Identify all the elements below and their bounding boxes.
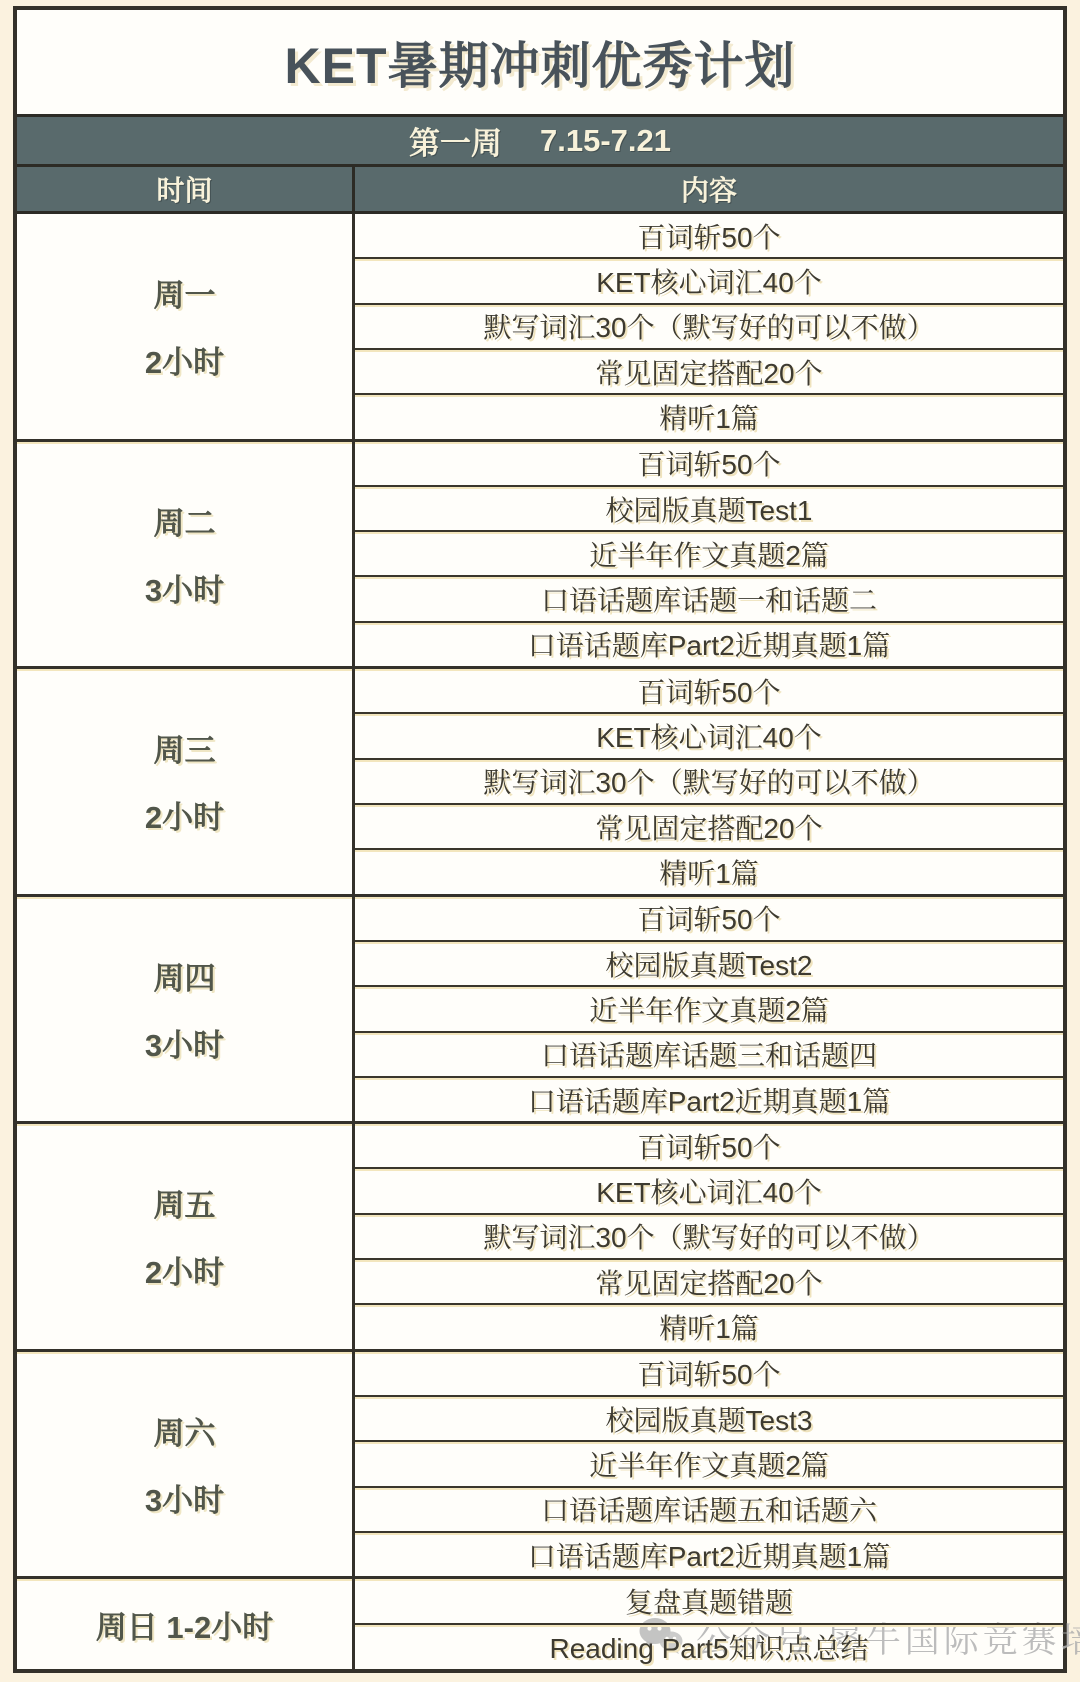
week-banner: 第一周 7.15-7.21 bbox=[17, 114, 1063, 164]
day-block-wednesday: 周三 2小时 百词斩50个 KET核心词汇40个 默写词汇30个（默写好的可以不… bbox=[17, 666, 1063, 894]
content-cell: 百词斩50个 bbox=[355, 442, 1063, 485]
content-cell: 百词斩50个 bbox=[355, 669, 1063, 712]
content-cells: 百词斩50个 KET核心词汇40个 默写词汇30个（默写好的可以不做） 常见固定… bbox=[355, 214, 1063, 439]
table-header-row: 时间 内容 bbox=[17, 164, 1063, 214]
day-block-sunday: 周日 1-2小时 复盘真题错题 Reading Part5知识点总结 bbox=[17, 1576, 1063, 1669]
day-block-friday: 周五 2小时 百词斩50个 KET核心词汇40个 默写词汇30个（默写好的可以不… bbox=[17, 1121, 1063, 1349]
content-cell: 百词斩50个 bbox=[355, 897, 1063, 940]
content-cell: Reading Part5知识点总结 bbox=[355, 1623, 1063, 1669]
content-cell: 常见固定搭配20个 bbox=[355, 803, 1063, 848]
content-cell: 近半年作文真题2篇 bbox=[355, 1440, 1063, 1485]
content-cell: 口语话题库话题三和话题四 bbox=[355, 1031, 1063, 1076]
time-cell: 周三 2小时 bbox=[17, 669, 355, 894]
column-header-content: 内容 bbox=[355, 167, 1063, 211]
hours-label: 2小时 bbox=[145, 792, 224, 837]
content-cell: KET核心词汇40个 bbox=[355, 712, 1063, 757]
day-label: 周日 1-2小时 bbox=[96, 1602, 273, 1647]
plan-table: KET暑期冲刺优秀计划 第一周 7.15-7.21 时间 内容 周一 2小时 百… bbox=[13, 6, 1067, 1673]
content-cell: 复盘真题错题 bbox=[355, 1579, 1063, 1623]
content-cells: 百词斩50个 KET核心词汇40个 默写词汇30个（默写好的可以不做） 常见固定… bbox=[355, 669, 1063, 894]
content-cell: 口语话题库Part2近期真题1篇 bbox=[355, 1076, 1063, 1121]
title-row: KET暑期冲刺优秀计划 bbox=[17, 10, 1063, 114]
day-label: 周六 bbox=[154, 1408, 216, 1453]
content-cell: 近半年作文真题2篇 bbox=[355, 530, 1063, 575]
content-cells: 复盘真题错题 Reading Part5知识点总结 bbox=[355, 1579, 1063, 1669]
content-cell: 常见固定搭配20个 bbox=[355, 348, 1063, 393]
content-cell: 校园版真题Test1 bbox=[355, 485, 1063, 530]
hours-label: 2小时 bbox=[145, 337, 224, 382]
page-title: KET暑期冲刺优秀计划 bbox=[285, 26, 796, 98]
content-cell: 百词斩50个 bbox=[355, 214, 1063, 257]
content-cell: 百词斩50个 bbox=[355, 1124, 1063, 1167]
column-header-time: 时间 bbox=[17, 167, 355, 211]
content-cells: 百词斩50个 KET核心词汇40个 默写词汇30个（默写好的可以不做） 常见固定… bbox=[355, 1124, 1063, 1349]
hours-label: 3小时 bbox=[145, 1475, 224, 1520]
day-label: 周一 bbox=[154, 270, 216, 315]
content-cell: 近半年作文真题2篇 bbox=[355, 985, 1063, 1030]
content-cell: 精听1篇 bbox=[355, 848, 1063, 893]
hours-label: 2小时 bbox=[145, 1247, 224, 1292]
content-cell: 口语话题库话题一和话题二 bbox=[355, 575, 1063, 620]
content-cell: 口语话题库Part2近期真题1篇 bbox=[355, 1531, 1063, 1576]
day-label: 周四 bbox=[154, 953, 216, 998]
day-block-saturday: 周六 3小时 百词斩50个 校园版真题Test3 近半年作文真题2篇 口语话题库… bbox=[17, 1349, 1063, 1577]
content-cell: 默写词汇30个（默写好的可以不做） bbox=[355, 303, 1063, 348]
time-cell: 周四 3小时 bbox=[17, 897, 355, 1122]
content-cell: 校园版真题Test3 bbox=[355, 1395, 1063, 1440]
hours-label: 3小时 bbox=[145, 565, 224, 610]
content-cell: 常见固定搭配20个 bbox=[355, 1258, 1063, 1303]
content-cell: 默写词汇30个（默写好的可以不做） bbox=[355, 1213, 1063, 1258]
table-body: 周一 2小时 百词斩50个 KET核心词汇40个 默写词汇30个（默写好的可以不… bbox=[17, 214, 1063, 1669]
content-cell: 百词斩50个 bbox=[355, 1352, 1063, 1395]
content-cell: 口语话题库话题五和话题六 bbox=[355, 1486, 1063, 1531]
content-cell: 精听1篇 bbox=[355, 393, 1063, 438]
day-label: 周三 bbox=[154, 725, 216, 770]
day-block-thursday: 周四 3小时 百词斩50个 校园版真题Test2 近半年作文真题2篇 口语话题库… bbox=[17, 894, 1063, 1122]
content-cells: 百词斩50个 校园版真题Test3 近半年作文真题2篇 口语话题库话题五和话题六… bbox=[355, 1352, 1063, 1577]
content-cells: 百词斩50个 校园版真题Test2 近半年作文真题2篇 口语话题库话题三和话题四… bbox=[355, 897, 1063, 1122]
day-block-tuesday: 周二 3小时 百词斩50个 校园版真题Test1 近半年作文真题2篇 口语话题库… bbox=[17, 439, 1063, 667]
week-label: 第一周 bbox=[409, 118, 502, 163]
day-label: 周五 bbox=[154, 1180, 216, 1225]
hours-label: 3小时 bbox=[145, 1020, 224, 1065]
content-cells: 百词斩50个 校园版真题Test1 近半年作文真题2篇 口语话题库话题一和话题二… bbox=[355, 442, 1063, 667]
time-cell: 周日 1-2小时 bbox=[17, 1579, 355, 1669]
day-label: 周二 bbox=[154, 498, 216, 543]
screenshot-canvas: 公众号 犀牛国际竞赛培训 KET暑期冲刺优秀计划 第一周 7.15-7.21 时… bbox=[0, 0, 1080, 1682]
day-block-monday: 周一 2小时 百词斩50个 KET核心词汇40个 默写词汇30个（默写好的可以不… bbox=[17, 214, 1063, 439]
content-cell: 校园版真题Test2 bbox=[355, 940, 1063, 985]
time-cell: 周二 3小时 bbox=[17, 442, 355, 667]
content-cell: KET核心词汇40个 bbox=[355, 1167, 1063, 1212]
content-cell: 口语话题库Part2近期真题1篇 bbox=[355, 621, 1063, 666]
content-cell: 默写词汇30个（默写好的可以不做） bbox=[355, 758, 1063, 803]
time-cell: 周一 2小时 bbox=[17, 214, 355, 439]
time-cell: 周五 2小时 bbox=[17, 1124, 355, 1349]
content-cell: KET核心词汇40个 bbox=[355, 257, 1063, 302]
week-dates: 7.15-7.21 bbox=[540, 123, 671, 159]
time-cell: 周六 3小时 bbox=[17, 1352, 355, 1577]
content-cell: 精听1篇 bbox=[355, 1303, 1063, 1348]
